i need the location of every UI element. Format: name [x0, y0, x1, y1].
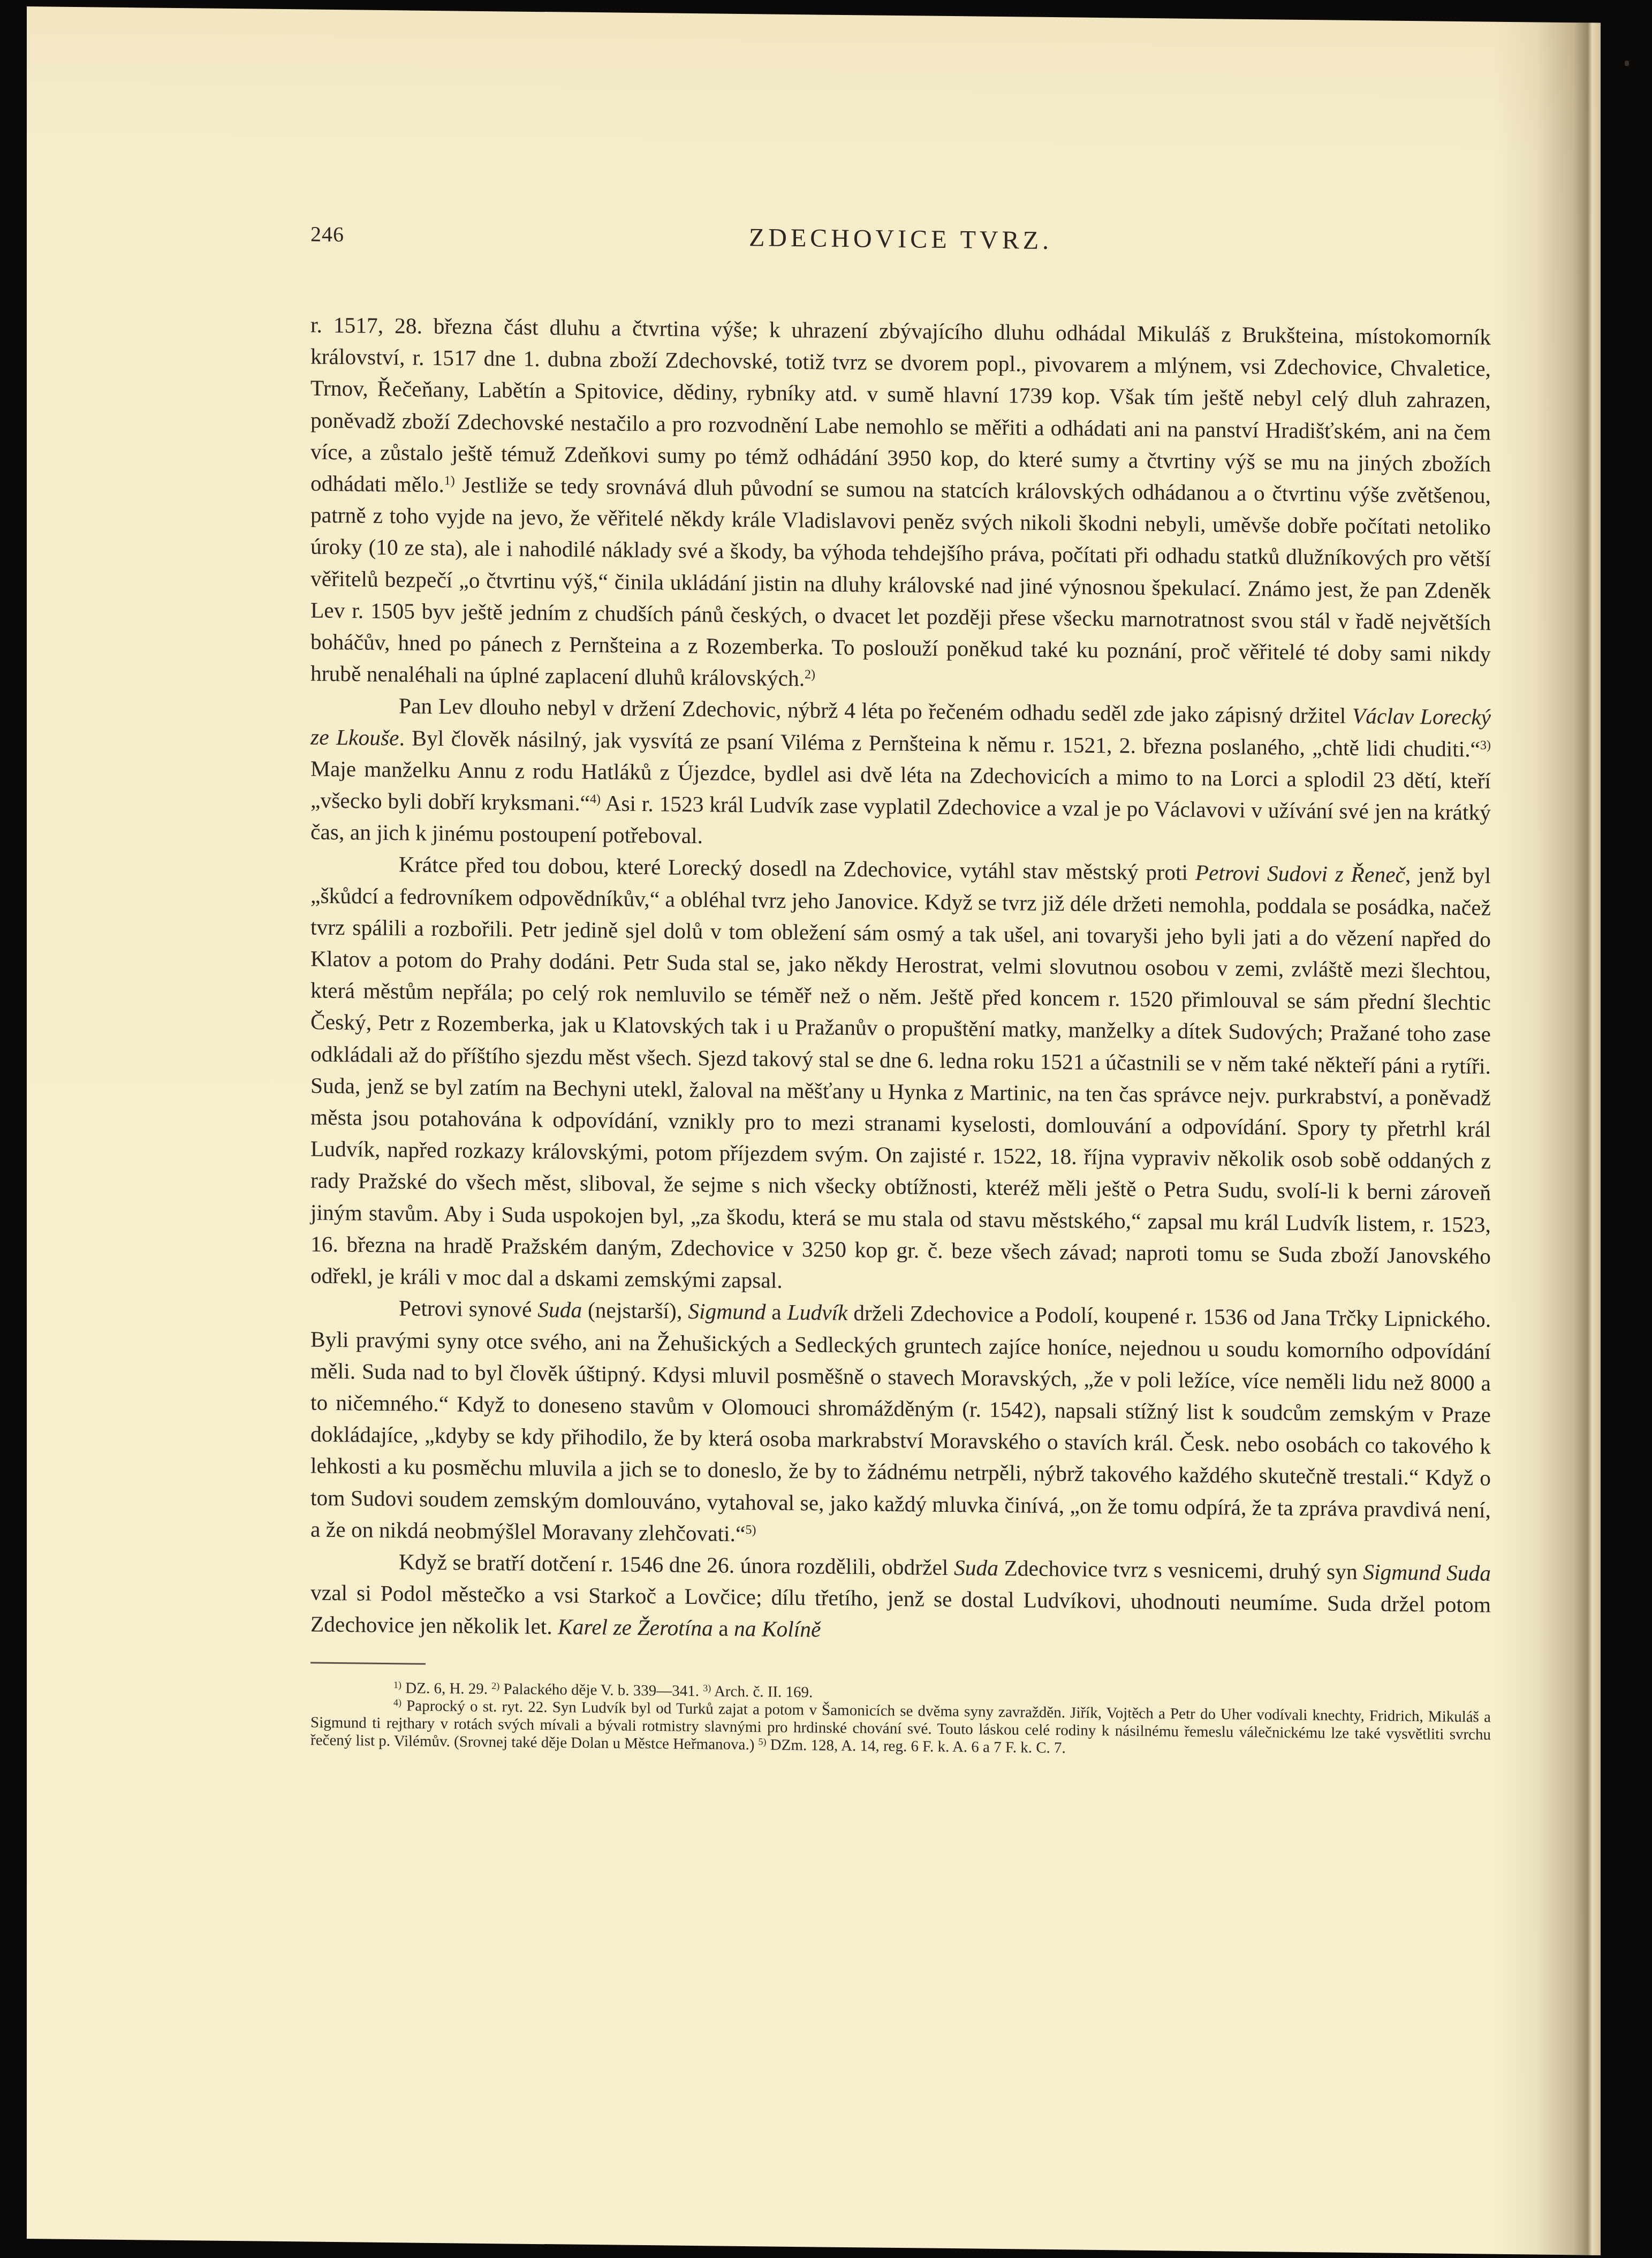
text-run: . Byl člověk násilný, jak vysvítá ze psa… — [399, 725, 1480, 761]
paragraph: Pan Lev dlouho nebyl v držení Zdechovic,… — [310, 689, 1491, 860]
text-run: Zdechovice tvrz s vesnicemi, druhý syn — [998, 1556, 1363, 1584]
italic-name: Petrovi Sudovi z Řeneč — [1195, 860, 1405, 887]
italic-name: Sigmund — [688, 1299, 766, 1324]
footnote-marker: 4) — [590, 792, 601, 806]
page-binding-shadow — [1494, 22, 1601, 2255]
footnote-marker: 5) — [745, 1523, 756, 1537]
text-run: Když se bratří dotčení r. 1546 dne 26. ú… — [399, 1549, 954, 1580]
footnote-divider — [310, 1662, 426, 1664]
text-run: Petrovi synové — [399, 1296, 537, 1322]
text-run: Arch. č. II. 169. — [711, 1683, 813, 1701]
text-run: a — [713, 1616, 734, 1641]
paragraph: Petrovi synové Suda (nejstarší), Sigmund… — [310, 1292, 1491, 1558]
italic-name: Ludvík — [787, 1300, 848, 1325]
text-run: a — [766, 1300, 787, 1324]
text-run: vzal si Podol městečko a vsi Starkoč a L… — [310, 1580, 1491, 1639]
speck-mark — [1625, 60, 1629, 66]
paragraph: Když se bratří dotčení r. 1546 dne 26. ú… — [310, 1545, 1491, 1653]
footnote-marker: 5) — [759, 1736, 767, 1747]
italic-name: na Kolíně — [734, 1616, 821, 1642]
footnote-marker: 2) — [491, 1680, 499, 1691]
text-run: drželi Zdechovice a Podolí, koupené r. 1… — [310, 1300, 1491, 1545]
footnote-marker: 3) — [703, 1683, 711, 1693]
text-run: Jestliže se tedy srovnává dluh původní s… — [310, 472, 1491, 691]
text-run: Krátce před tou dobou, které Lorecký dos… — [399, 852, 1195, 885]
page-title: ZDECHOVICE TVRZ. — [310, 218, 1491, 260]
text-run: , jenž byl „škůdcí a fedrovníkem odpověd… — [310, 862, 1491, 1292]
text-run: r. 1517, 28. března část dluhu a čtvrtin… — [310, 313, 1491, 497]
italic-name: Karel ze Žerotína — [558, 1615, 713, 1641]
footnote-marker: 1) — [444, 474, 455, 488]
running-head: 246 ZDECHOVICE TVRZ. — [310, 218, 1491, 274]
footnote-marker: 1) — [393, 1679, 401, 1690]
scanned-page: 246 ZDECHOVICE TVRZ. r. 1517, 28. března… — [27, 6, 1601, 2255]
text-run: DZm. 128, A. 14, reg. 6 F. k. A. 6 a 7 F… — [767, 1736, 1066, 1756]
text-run: (nejstarší), — [582, 1298, 688, 1323]
footnote-marker: 3) — [1480, 738, 1491, 752]
italic-name: Suda — [954, 1555, 998, 1580]
italic-name: Suda — [537, 1297, 582, 1322]
text-run: Palackého děje V. b. 339—341. — [499, 1680, 703, 1700]
text-run: DZ. 6, H. 29. — [401, 1679, 491, 1698]
footnote-marker: 4) — [393, 1697, 401, 1708]
page-content: 246 ZDECHOVICE TVRZ. r. 1517, 28. března… — [310, 218, 1491, 1762]
italic-name: Sigmund Suda — [1363, 1559, 1491, 1586]
paragraph: Krátce před tou dobou, které Lorecký dos… — [310, 848, 1491, 1304]
body-text: r. 1517, 28. března část dluhu a čtvrtin… — [310, 309, 1491, 1653]
paragraph: r. 1517, 28. března část dluhu a čtvrtin… — [310, 309, 1491, 702]
text-run: Pan Lev dlouho nebyl v držení Zdechovic,… — [399, 694, 1352, 729]
footnotes: 1) DZ. 6, H. 29. 2) Palackého děje V. b.… — [310, 1678, 1491, 1761]
footnote-marker: 2) — [805, 668, 815, 681]
